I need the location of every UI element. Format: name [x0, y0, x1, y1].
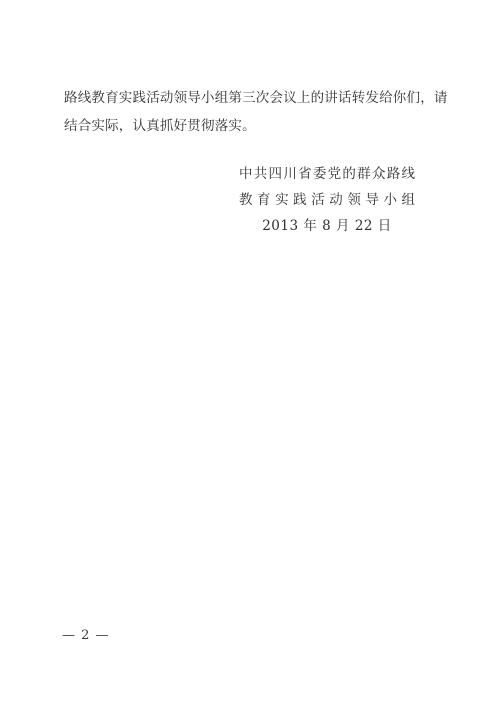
signature-org-line-1: 中共四川省委党的群众路线	[239, 161, 415, 187]
signature-block: 中共四川省委党的群众路线 教育实践活动领导小组 2013 年 8 月 22 日	[239, 161, 415, 239]
page-number: — 2 —	[62, 628, 110, 643]
signature-date: 2013 年 8 月 22 日	[239, 213, 415, 239]
body-paragraph: 路线教育实践活动领导小组第三次会议上的讲话转发给你们，请 结合实际，认真抓好贯彻…	[64, 84, 442, 140]
document-page: 路线教育实践活动领导小组第三次会议上的讲话转发给你们，请 结合实际，认真抓好贯彻…	[0, 0, 500, 707]
signature-org-line-2: 教育实践活动领导小组	[239, 187, 415, 213]
paragraph-line-2: 结合实际，认真抓好贯彻落实。	[64, 112, 442, 140]
paragraph-line-1: 路线教育实践活动领导小组第三次会议上的讲话转发给你们，请	[64, 84, 442, 112]
